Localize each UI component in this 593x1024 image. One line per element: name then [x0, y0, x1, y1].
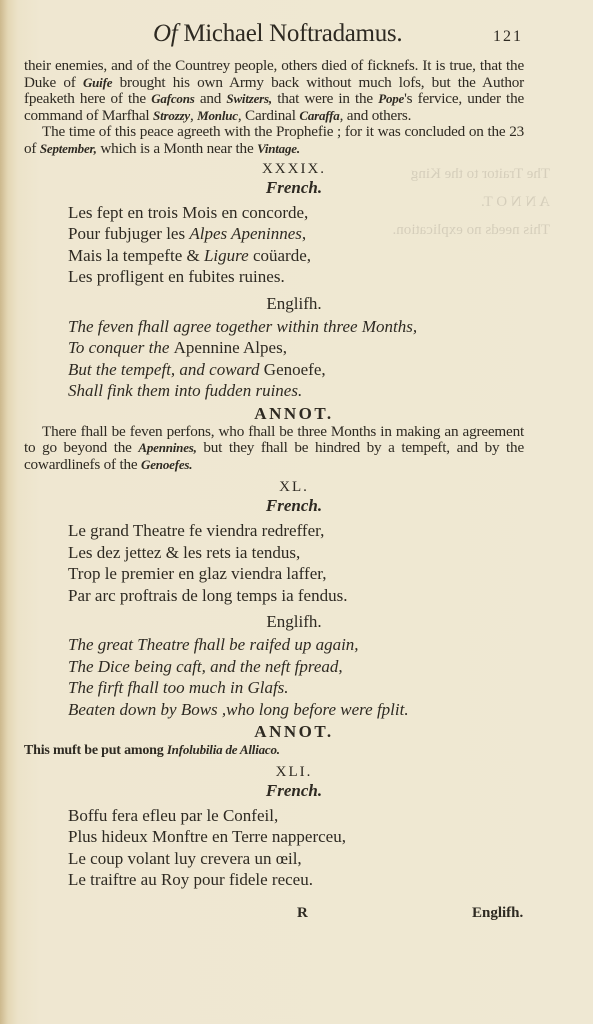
italic-name: Caraffa	[299, 108, 339, 123]
italic-name: Strozzy	[153, 108, 190, 123]
verse-line: Les profligent en fubites ruines.	[68, 266, 524, 288]
quatrain-39: XXXIX. French. Les fept en trois Mois en…	[24, 161, 524, 474]
text-run: The feven fhall agree together within th…	[68, 317, 417, 336]
signature-mark: R	[297, 905, 308, 922]
quatrain-40: XL. French. Le grand Theatre fe viendra …	[24, 479, 524, 760]
italic-name: September,	[40, 141, 97, 156]
text-run: Les profligent en fubites ruines.	[68, 267, 285, 286]
text-run: Le grand Theatre fe viendra redreffer,	[68, 521, 324, 540]
text-run: which is a Month near the	[97, 140, 257, 157]
page-header: Of Michael Noftradamus. 121	[0, 18, 593, 50]
verse-line: The great Theatre fhall be raifed up aga…	[68, 634, 524, 656]
verse-line: Plus hideux Monftre en Terre napperceu,	[68, 826, 524, 848]
text-run: Le traiftre au Roy pour fidele receu.	[68, 870, 313, 889]
english-label: Englifh.	[24, 612, 524, 632]
verse-line: Le coup volant luy crevera un œil,	[68, 848, 524, 870]
roman-name: Genoefe,	[264, 360, 326, 379]
verse-line: Pour fubjuger les Alpes Apeninnes,	[68, 223, 524, 245]
annotation-text: There fhall be feven perfons, who fhall …	[24, 424, 524, 474]
annot-label: ANNOT.	[24, 722, 524, 742]
verse-line: Trop le premier en glaz viendra laffer,	[68, 563, 524, 585]
verse-line: Shall fink them into fudden ruines.	[68, 380, 524, 402]
italic-name: Monluc	[197, 108, 238, 123]
italic-name: Ligure	[204, 246, 249, 265]
italic-name: Gafcons	[151, 91, 194, 106]
verse-line: Beaten down by Bows ,who long before wer…	[68, 699, 524, 721]
text-run: Beaten down by Bows ,who long before wer…	[68, 700, 409, 719]
italic-name: Infolubilia de Alliaco.	[167, 742, 280, 757]
italic-name: Apennines,	[138, 440, 196, 455]
italic-name: Pope	[378, 91, 404, 106]
french-verse: Boffu fera efleu par le Confeil, Plus hi…	[68, 805, 524, 891]
text-run: , Cardinal	[238, 107, 300, 124]
text-run: Le coup volant luy crevera un œil,	[68, 849, 302, 868]
verse-line: Les fept en trois Mois en concorde,	[68, 202, 524, 224]
page-body: their enemies, and of the Countrey peopl…	[24, 58, 524, 891]
annot-label: ANNOT.	[24, 404, 524, 424]
intro-paragraph-1: their enemies, and of the Countrey peopl…	[24, 58, 524, 124]
verse-line: Le traiftre au Roy pour fidele receu.	[68, 869, 524, 891]
english-verse: The feven fhall agree together within th…	[68, 316, 524, 402]
text-run: Trop le premier en glaz viendra laffer,	[68, 564, 326, 583]
text-run: that were in the	[272, 90, 378, 107]
text-run: But the tempeft, and coward	[68, 360, 264, 379]
text-run: Boffu fera efleu par le Confeil,	[68, 806, 278, 825]
text-run: ,	[302, 224, 306, 243]
verse-line: The Dice being caft, and the neft fpread…	[68, 656, 524, 678]
text-run: The firft fhall too much in Glafs.	[68, 678, 289, 697]
text-run: Plus hideux Monftre en Terre napperceu,	[68, 827, 346, 846]
text-run: coüarde,	[249, 246, 311, 265]
running-title-text: Michael Noftradamus.	[183, 20, 402, 47]
verse-line: To conquer the Apennine Alpes,	[68, 337, 524, 359]
verse-line: The feven fhall agree together within th…	[68, 316, 524, 338]
english-label: Englifh.	[24, 294, 524, 314]
text-run: The Dice being caft, and the neft fpread…	[68, 657, 343, 676]
french-verse: Les fept en trois Mois en concorde, Pour…	[68, 202, 524, 288]
french-verse: Le grand Theatre fe viendra redreffer, L…	[68, 520, 524, 606]
italic-name: Alpes Apeninnes	[189, 224, 302, 243]
catchword: Englifh.	[472, 905, 523, 922]
verse-line: Boffu fera efleu par le Confeil,	[68, 805, 524, 827]
intro-paragraph-2: The time of this peace agreeth with the …	[24, 124, 524, 157]
text-run: Shall fink them into fudden ruines.	[68, 381, 302, 400]
english-verse: The great Theatre fhall be raifed up aga…	[68, 634, 524, 720]
italic-name: Guife	[83, 75, 112, 90]
verse-line: But the tempeft, and coward Genoefe,	[68, 359, 524, 381]
french-label: French.	[24, 178, 524, 198]
text-run: Par arc proftrais de long temps ia fendu…	[68, 586, 347, 605]
italic-name: Genoefes.	[141, 457, 192, 472]
text-run: Mais la tempefte &	[68, 246, 204, 265]
verse-line: Les dez jettez & les rets ia tendus,	[68, 542, 524, 564]
annotation-text: This muft be put among Infolubilia de Al…	[24, 742, 524, 760]
verse-line: Le grand Theatre fe viendra redreffer,	[68, 520, 524, 542]
text-run: Les fept en trois Mois en concorde,	[68, 203, 308, 222]
text-run: The great Theatre fhall be raifed up aga…	[68, 635, 359, 654]
text-run: and	[195, 90, 227, 107]
text-run: To conquer the	[68, 338, 174, 357]
text-run: , and others.	[340, 107, 412, 124]
french-label: French.	[24, 781, 524, 801]
french-label: French.	[24, 496, 524, 516]
text-run: This muft be put among	[24, 743, 167, 758]
quatrain-number: XXXIX.	[24, 161, 524, 178]
roman-name: Apennine Alpes,	[174, 338, 287, 357]
text-run: Pour fubjuger les	[68, 224, 189, 243]
running-title-prefix: Of	[153, 20, 177, 47]
italic-name: Switzers,	[226, 91, 272, 106]
quatrain-number: XL.	[24, 479, 524, 496]
verse-line: The firft fhall too much in Glafs.	[68, 677, 524, 699]
italic-name: Vintage.	[257, 141, 300, 156]
text-run: Les dez jettez & les rets ia tendus,	[68, 543, 300, 562]
book-page: The Traitor to the King A N N O T. This …	[0, 0, 593, 1024]
page-number: 121	[493, 28, 523, 46]
page-footer: R Englifh.	[0, 905, 593, 929]
verse-line: Par arc proftrais de long temps ia fendu…	[68, 585, 524, 607]
quatrain-41: XLI. French. Boffu fera efleu par le Con…	[24, 764, 524, 891]
quatrain-number: XLI.	[24, 764, 524, 781]
running-title: Of Michael Noftradamus.	[153, 20, 402, 48]
verse-line: Mais la tempefte & Ligure coüarde,	[68, 245, 524, 267]
